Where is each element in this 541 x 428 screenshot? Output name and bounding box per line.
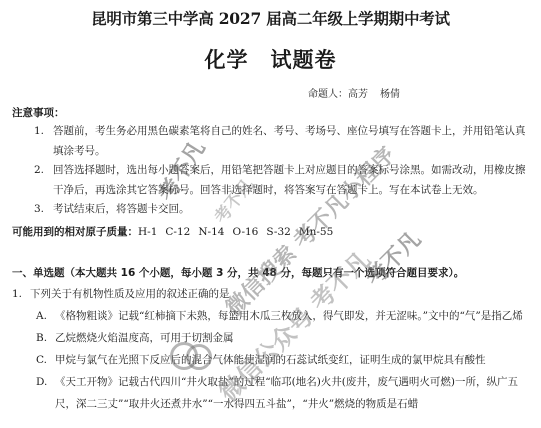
exam-title: 昆明市第三中学高 2027 届高二年级上学期期中考试 (0, 7, 541, 29)
option-c: C. 甲烷与氯气在光照下反应后的混合气体能使湿润的石蕊试纸变红，证明生成的氯甲烷… (36, 349, 537, 371)
option-a: A. 《格物粗谈》记载“红柿摘下未熟，每篮用木瓜三枚放入，得气即发，并无涩味。”… (36, 305, 537, 327)
atomic-mass: N-14 (198, 226, 224, 238)
subject-name: 化学 (205, 47, 249, 72)
atomic-masses: 可能用到的相对原子质量：H-1C-12N-14O-16S-32Mn-55 (12, 224, 341, 239)
option-letter: D. (36, 371, 47, 393)
atomic-mass: H-1 (138, 226, 157, 238)
notice-number: 2. (34, 161, 44, 181)
exam-page: 昆明市第三中学高 2027 届高二年级上学期期中考试 化学试题卷 命题人：高芳杨… (0, 0, 541, 428)
options-list: A. 《格物粗谈》记载“红柿摘下未熟，每篮用木瓜三枚放入，得气即发，并无涩味。”… (12, 305, 537, 415)
question-stem: 1. 下列关于有机物性质及应用的叙述正确的是 (12, 283, 537, 305)
option-text: 甲烷与氯气在光照下反应后的混合气体能使湿润的石蕊试纸变红，证明生成的氯甲烷具有酸… (55, 354, 486, 366)
notice-text: 考试结束后，将答题卡交回。 (53, 203, 190, 215)
question-text: 下列关于有机物性质及应用的叙述正确的是 (30, 288, 230, 300)
notice-item: 2. 回答选择题时，选出每小题答案后，用铅笔把答题卡上对应题目的答案标号涂黑。如… (34, 161, 534, 200)
option-text: 《天工开物》记载古代四川“井火取盐”的过程“临邛(地名)火井(废井，废气遇明火可… (55, 376, 518, 410)
notice-heading: 注意事项： (12, 105, 65, 120)
watermark: 考不凡 (358, 223, 427, 292)
option-letter: B. (36, 327, 47, 349)
notice-item: 1. 答题前，考生务必用黑色碳素笔将自己的姓名、考号、考场号、座位号填写在答题卡… (34, 122, 534, 161)
author-name: 杨倩 (380, 89, 400, 100)
option-letter: A. (36, 305, 47, 327)
notice-item: 3. 考试结束后，将答题卡交回。 (34, 200, 534, 220)
notice-number: 3. (34, 200, 44, 220)
paper-type: 试题卷 (271, 47, 337, 72)
subject-title: 化学试题卷 (0, 44, 541, 74)
watermark-logo-icon (186, 344, 212, 370)
authors-line: 命题人：高芳杨倩 (308, 85, 400, 100)
atomic-mass: C-12 (165, 226, 190, 238)
notice-text: 回答选择题时，选出每小题答案后，用铅笔把答题卡上对应题目的答案标号涂黑。如需改动… (53, 164, 526, 196)
option-letter: C. (36, 349, 47, 371)
option-text: 乙烷燃烧火焰温度高，可用于切割金属 (55, 332, 234, 344)
question: 1. 下列关于有机物性质及应用的叙述正确的是 A. 《格物粗谈》记载“红柿摘下未… (12, 283, 537, 415)
question-number: 1. (12, 283, 22, 305)
notice-text: 答题前，考生务必用黑色碳素笔将自己的姓名、考号、考场号、座位号填写在答题卡上，并… (53, 125, 526, 157)
author-name: 高芳 (348, 89, 368, 100)
section-heading: 一、单选题（本大题共 16 个小题，每小题 3 分，共 48 分，每题只有一个选… (12, 265, 464, 280)
atomic-masses-label: 可能用到的相对原子质量： (12, 226, 138, 238)
option-d: D. 《天工开物》记载古代四川“井火取盐”的过程“临邛(地名)火井(废井，废气遇… (36, 371, 537, 415)
notice-list: 1. 答题前，考生务必用黑色碳素笔将自己的姓名、考号、考场号、座位号填写在答题卡… (34, 122, 534, 220)
atomic-mass: S-32 (266, 226, 291, 238)
authors-label: 命题人： (308, 89, 348, 100)
atomic-mass: Mn-55 (299, 226, 333, 238)
option-b: B. 乙烷燃烧火焰温度高，可用于切割金属 (36, 327, 537, 349)
atomic-mass: O-16 (232, 226, 258, 238)
option-text: 《格物粗谈》记载“红柿摘下未熟，每篮用木瓜三枚放入，得气即发，并无涩味。”文中的… (55, 310, 523, 322)
notice-number: 1. (34, 122, 44, 142)
